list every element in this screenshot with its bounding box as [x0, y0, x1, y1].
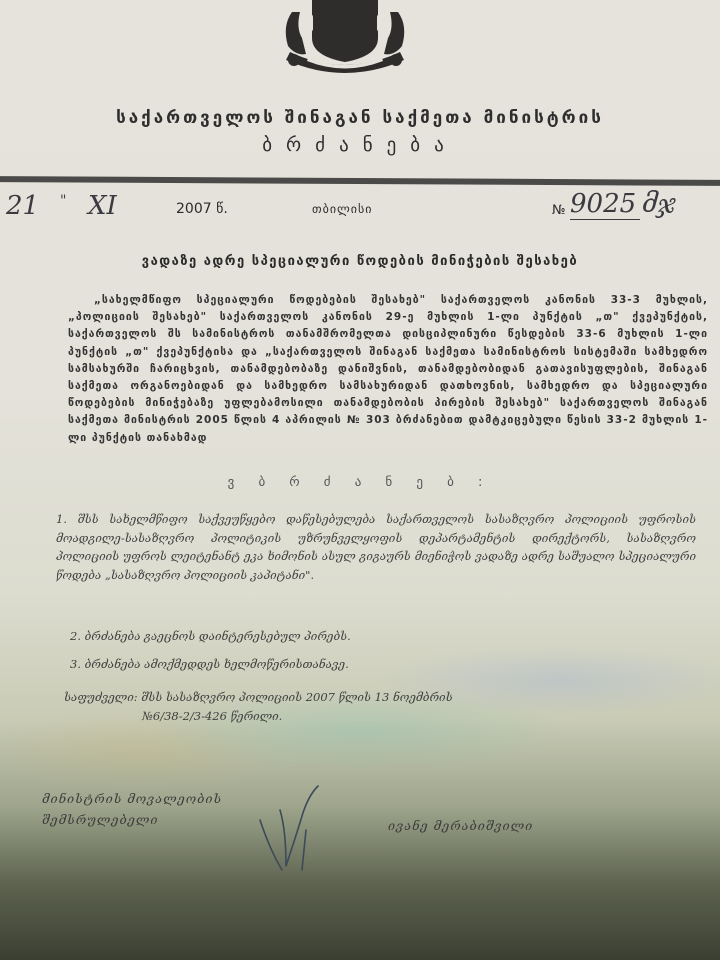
orders-heading: ვ ბ რ ძ ა ნ ე ბ :: [0, 475, 720, 490]
basis-ref-number: №6/38-2/3-426 წერილი.: [64, 707, 624, 726]
preamble-paragraph: „სახელმწიფო სპეციალური წოდებების შესახებ…: [68, 292, 708, 447]
city: თბილისი: [312, 202, 373, 216]
document-meta-row: 21 " XI 2007 წ. თბილისი № 9025 მჯ: [0, 193, 720, 229]
document-number: 9025: [570, 189, 640, 220]
georgia-coat-of-arms-icon: [272, 0, 418, 74]
basis-reference: საფუძველი: შსს სასაზღვრო პოლიციის 2007 წ…: [64, 688, 624, 725]
date-month: XI: [88, 191, 117, 221]
signatory-title: მინისტრის მოვალეობის შემსრულებელი: [42, 788, 222, 830]
document-number-suffix: მჯ: [642, 189, 676, 219]
basis-label: საფუძველი: შსს სასაზღვრო პოლიციის 2007 წ…: [64, 690, 453, 704]
signatory-title-line-1: მინისტრის მოვალეობის: [42, 788, 222, 809]
number-prefix: №: [552, 203, 566, 218]
date-year: 2007 წ.: [176, 201, 228, 217]
order-item-2: 2. ბრძანება გაეცნოს დაინტერესებულ პირებს…: [70, 627, 351, 646]
ministry-title: საქართველოს შინაგან საქმეთა მინისტრის: [0, 108, 720, 128]
order-item-1: 1. შსს სახელმწიფო საქვეუწყებო დაწესებულე…: [56, 510, 696, 584]
handwritten-signature-icon: [240, 780, 360, 880]
header-divider: [0, 176, 720, 186]
signatory-name: ივანე მერაბიშვილი: [388, 818, 533, 833]
date-quote-mark: ": [60, 193, 66, 209]
document-subject: ვადაზე ადრე სპეციალური წოდების მინიჭების…: [0, 254, 720, 269]
date-day: 21: [6, 191, 39, 221]
document-type-title: ბრძანება: [0, 134, 720, 156]
order-item-3: 3. ბრძანება ამოქმედდეს ხელმოწერისთანავე.: [70, 655, 349, 674]
signatory-title-line-2: შემსრულებელი: [42, 809, 222, 830]
preamble-text: „სახელმწიფო სპეციალური წოდებების შესახებ…: [68, 294, 708, 444]
